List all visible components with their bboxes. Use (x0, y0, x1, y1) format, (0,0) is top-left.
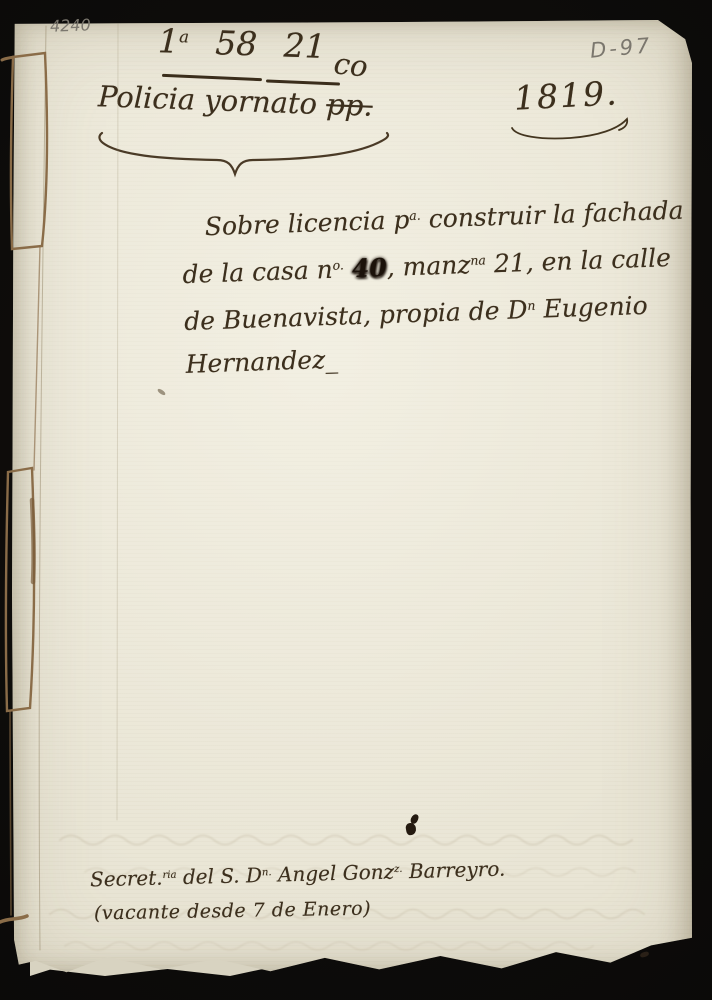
subject-text: de Buenavista, propia de D (184, 295, 528, 336)
abbrev-superscript: ria (162, 870, 176, 881)
folio-number: 4240 (50, 15, 91, 35)
department-abbreviation: pp. (326, 87, 374, 123)
year-label: 1819. (513, 73, 619, 117)
classification-number: 1a 58 21 (157, 21, 326, 66)
classification-rest: 58 21 (188, 22, 326, 66)
bleed-through-text (45, 818, 690, 973)
abbrev-superscript: z. (394, 864, 403, 875)
abbrev-superscript: n. (262, 867, 272, 878)
brace-flourish (95, 130, 395, 180)
secretary-text: Angel Gonz (271, 859, 394, 886)
subject-paragraph: Sobre licencia pa. construir la fachada … (180, 184, 689, 386)
abbrev-superscript: a. (409, 208, 421, 223)
secretary-text: Barreyro. (402, 857, 505, 884)
subject-text: Eugenio (535, 291, 648, 324)
year-underline-swash (506, 116, 632, 142)
scanned-document-background: 4240 D-97 1a 58 21 co Policia yornato pp… (0, 0, 712, 1000)
classification-flourish: co (332, 46, 369, 83)
secretary-text: Secret. (90, 866, 163, 892)
subject-text: de la casa n (182, 255, 333, 289)
subject-text: Sobre licencia p (204, 205, 410, 241)
abbrev-superscript: na (470, 252, 486, 268)
classification-digit: 1 (157, 21, 179, 61)
abbrev-superscript: o. (332, 257, 344, 272)
subject-text: 21, en la calle (485, 243, 671, 278)
subject-text: , manz (386, 250, 471, 282)
house-number-ink-blot: 40 (351, 253, 387, 283)
subject-text: construir la fachada (420, 196, 684, 234)
secretary-text: del S. D (176, 863, 262, 889)
